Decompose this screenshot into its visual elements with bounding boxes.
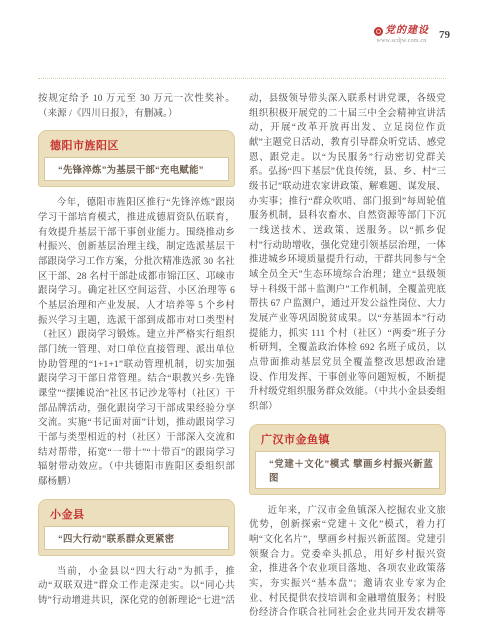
section-header-box: 德阳市旌阳区 “先锋淬炼”为基层干部“充电赋能” [38, 130, 235, 187]
page-number: 79 [439, 26, 450, 41]
website-url: www.scdjw.com.cn [377, 38, 427, 44]
brand-logo: 党的建设 www.scdjw.com.cn [374, 26, 429, 44]
article-columns: 按规定给予 10 万元至 30 万元一次性奖补。（来源 /《四川日报》，有删减。… [38, 92, 446, 622]
section-headline: “党建＋文化”模式 擘画乡村振兴新蓝图 [255, 451, 440, 489]
region-title: 广汉市金鱼镇 [255, 430, 440, 451]
magazine-page: 党的建设 www.scdjw.com.cn 79 按规定给予 10 万元至 30… [0, 0, 484, 640]
section-deyang-jingyang: 德阳市旌阳区 “先锋淬炼”为基层干部“充电赋能” 今年，德阳市旌阳区推行“先锋淬… [38, 130, 235, 489]
region-title: 德阳市旌阳区 [44, 136, 229, 157]
section-header-box: 小金县 “四大行动”联系群众更紧密 [38, 499, 235, 556]
region-title: 小金县 [44, 505, 229, 526]
continuation-paragraph: 按规定给予 10 万元至 30 万元一次性奖补。（来源 /《四川日报》，有删减。… [38, 92, 235, 121]
header-divider [38, 78, 446, 79]
section-headline: “四大行动”联系群众更紧密 [44, 526, 229, 550]
page-header: 党的建设 www.scdjw.com.cn 79 [374, 26, 450, 44]
section-headline: “先锋淬炼”为基层干部“充电赋能” [44, 157, 229, 181]
section-body: 今年，德阳市旌阳区推行“先锋淬炼”跟岗学习干部培育模式，推进成德眉资队伍联育，有… [38, 196, 235, 489]
brand-name: 党的建设 [385, 26, 429, 36]
party-seal-icon [374, 27, 383, 36]
section-header-box: 广汉市金鱼镇 “党建＋文化”模式 擘画乡村振兴新蓝图 [249, 424, 446, 495]
